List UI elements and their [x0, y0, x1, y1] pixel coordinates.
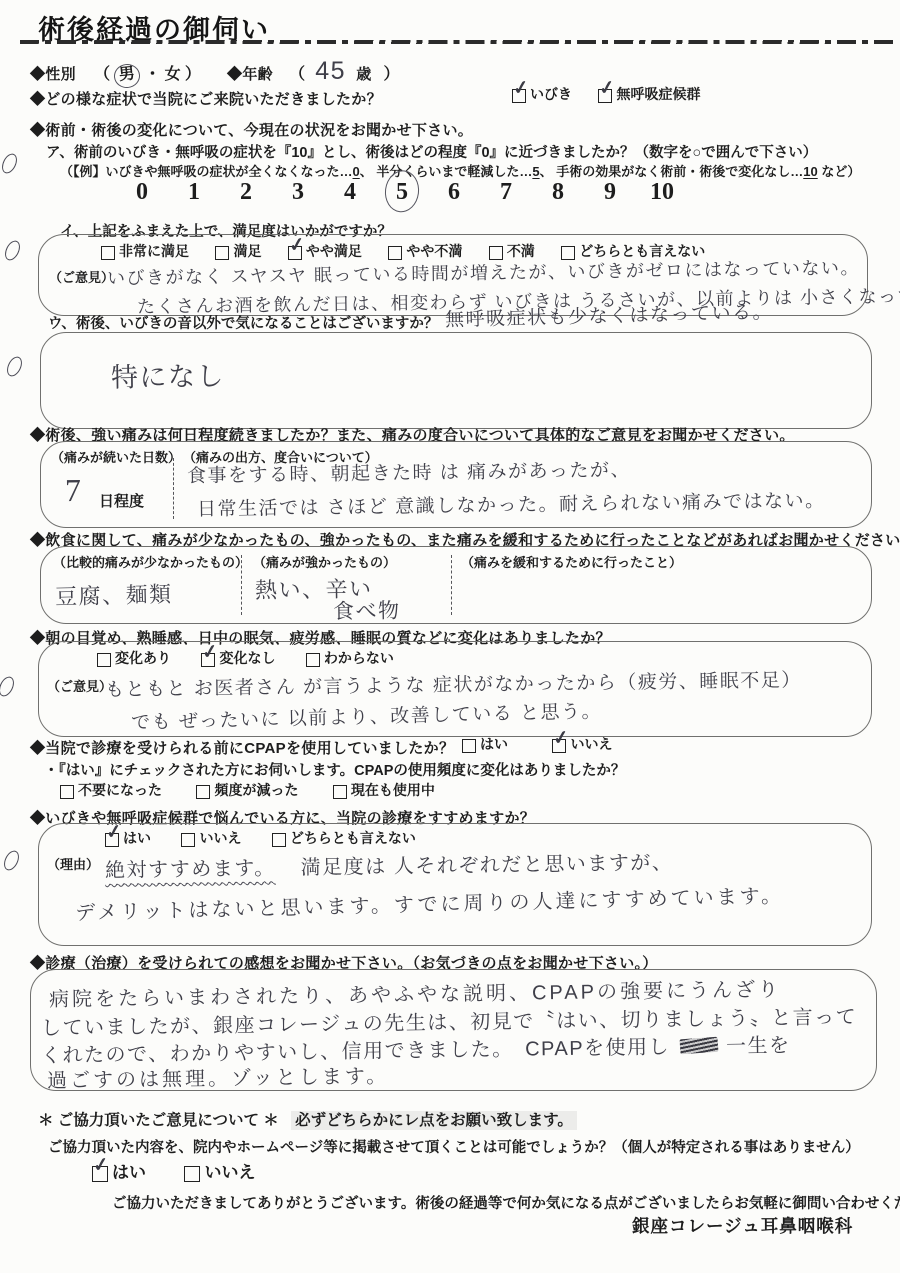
check-mark-icon: ✓	[552, 728, 570, 749]
example-text: （【例】いびきや無呼吸の症状が全くなくなった…	[60, 164, 353, 179]
checkbox-label: 満足	[233, 241, 261, 261]
scribbled-out-text	[680, 1037, 719, 1054]
handwritten-food-low-pain: 豆腐、麺類	[55, 578, 173, 612]
checkbox[interactable]: ✓	[101, 246, 115, 260]
example-num-0: 0	[353, 164, 360, 179]
age-paren-open: （	[289, 66, 305, 83]
checkbox-option: ✓頻度が減った	[196, 780, 298, 800]
checkbox-label: 変化なし	[219, 648, 275, 668]
days-unit: 日程度	[99, 490, 144, 511]
gender-female: 女	[165, 66, 181, 83]
checkbox-label: 頻度が減った	[214, 780, 298, 800]
margin-mark	[0, 151, 20, 176]
checkbox-option-neither: ✓どちらとも言えない	[272, 828, 416, 848]
checkbox-label: いいえ	[570, 734, 612, 754]
circled-answer-male: 男	[113, 63, 141, 90]
cpap-options: ✓はい ✓いいえ	[462, 734, 612, 758]
checkbox-label: 現在も使用中	[351, 780, 435, 800]
consent-question: ご協力頂いた内容を、院内やホームページ等に掲載させて頂くことは可能でしょうか？（…	[48, 1136, 860, 1157]
checkbox-option-no: ✓いいえ	[181, 828, 241, 848]
handwritten-reason-rest: 満足度は 人それぞれだと思いますが、	[301, 852, 674, 879]
checkbox[interactable]: ✓	[97, 653, 111, 667]
scale-number-5[interactable]: 5	[376, 179, 428, 206]
margin-mark	[0, 674, 17, 699]
age-paren-close: ）	[383, 66, 399, 83]
comment-label: （ご意見）	[49, 267, 114, 286]
checkbox-option: ✓やや不満	[388, 241, 462, 261]
example-text: 、 手術の効果がなく術前・術後で変化なし…	[540, 164, 804, 179]
checkbox-option: ✓非常に満足	[101, 241, 189, 261]
pain-days-label: （痛みが続いた日数）	[51, 447, 181, 466]
gender-label: ◆性別	[30, 66, 76, 83]
checkbox-label: 非常に満足	[119, 241, 189, 261]
margin-mark	[2, 238, 23, 263]
consent-options: ✓はい ✓いいえ	[92, 1158, 255, 1187]
checkbox-option: ✓やや満足	[288, 241, 362, 261]
scale-number-6[interactable]: 6	[428, 179, 480, 206]
check-mark-icon: ✓	[288, 235, 306, 256]
checkbox-option: ✓変化なし	[201, 648, 275, 668]
checkbox-label: やや満足	[306, 241, 362, 261]
clinic-name: 銀座コレージュ耳鼻咽喉科	[632, 1213, 853, 1238]
food-col1-label: （比較的痛みが少なかったもの）	[53, 552, 248, 571]
comment-label: （ご意見）	[47, 676, 112, 695]
change-example-line: （【例】いびきや無呼吸の症状が全くなくなった…0、 半分くらいまで軽減した…5、…	[60, 161, 860, 180]
symptom-question: ◆どの様な症状で当院にご来院いただきましたか？	[30, 88, 382, 109]
gender-separator: ・	[144, 66, 160, 83]
handwritten-text: 一生を	[726, 1035, 791, 1058]
other-concerns-box: 特になし	[40, 332, 872, 429]
scale-number-2[interactable]: 2	[220, 179, 272, 206]
sleep-options: ✓変化あり ✓変化なし ✓わからない	[97, 648, 394, 672]
checkbox[interactable]: ✓	[196, 785, 210, 799]
check-mark-icon: ✓	[598, 78, 616, 99]
handwritten-pain-line: 日常生活では さほど 意識しなかった。耐えられない痛みではない。	[197, 486, 826, 522]
checkbox-option: ✓現在も使用中	[333, 780, 435, 800]
checkbox-label: いびき	[530, 84, 572, 104]
cpap-question: ◆当院で診療を受けられる前にCPAPを使用していましたか？	[30, 737, 454, 758]
checkbox[interactable]: ✓	[105, 833, 119, 847]
change-sub-a: ア、術前のいびき・無呼吸の症状を『10』とし、術後はどの程度『0』に近づきました…	[46, 141, 817, 162]
symptom-scale: 012345678910	[116, 179, 688, 206]
checkbox[interactable]: ✓	[92, 1166, 108, 1182]
gender-male: 男	[118, 65, 136, 84]
checkbox[interactable]: ✓	[181, 833, 195, 847]
checkbox-option: ✓変化あり	[97, 648, 171, 668]
checkbox-label: わからない	[324, 648, 394, 668]
scale-number-4[interactable]: 4	[324, 179, 376, 206]
scale-number-7[interactable]: 7	[480, 179, 532, 206]
symptom-options: ✓ いびき ✓ 無呼吸症候群	[512, 84, 700, 108]
scale-number-9[interactable]: 9	[584, 179, 636, 206]
footer-note-strong: 必ずどちらかにレ点をお願い致します。	[291, 1111, 577, 1130]
scale-number-0[interactable]: 0	[116, 179, 168, 206]
handwritten-reason-line: デメリットはないと思います。すでに周りの人達にすすめています。	[75, 879, 784, 925]
example-text: など）	[818, 164, 861, 179]
checkbox[interactable]: ✓	[60, 785, 74, 799]
gender-paren-open: （	[94, 66, 110, 83]
checkbox-label: はい	[480, 734, 508, 754]
handwritten-food-high-pain-2: 食べ物	[333, 595, 401, 626]
checkbox[interactable]: ✓	[215, 246, 229, 260]
checkbox[interactable]: ✓	[306, 653, 320, 667]
scale-number-3[interactable]: 3	[272, 179, 324, 206]
checkbox-label: いいえ	[204, 1158, 255, 1183]
handwritten-pain-line: 食事をする時、朝起きた時 は 痛みがあったが、	[187, 455, 631, 488]
margin-mark	[1, 848, 22, 873]
food-answer-box: （比較的痛みが少なかったもの） （痛みが強かったもの） （痛みを緩和するために行…	[40, 546, 872, 624]
checkbox[interactable]: ✓	[184, 1166, 200, 1182]
change-section-header: ◆術前・術後の変化について、今現在の状況をお聞かせ下さい。	[30, 119, 473, 140]
handwritten-sleep-line: でも ぜったいに 以前より、改善している と思う。	[131, 696, 602, 734]
recommend-options: ✓はい ✓いいえ ✓どちらとも言えない	[105, 828, 416, 852]
profile-row: ◆性別 （ 男 ・ 女 ） ◆年齢 （ 45 歳 ）	[30, 57, 399, 88]
checkbox[interactable]: ✓	[462, 739, 476, 753]
checkbox-option-yes: ✓はい	[462, 734, 508, 754]
checkbox-option-no: ✓いいえ	[552, 734, 612, 754]
checkbox[interactable]: ✓	[388, 246, 402, 260]
checkbox-option-mukokyu: ✓ 無呼吸症候群	[598, 84, 700, 104]
checkbox[interactable]: ✓	[272, 833, 286, 847]
age-value-handwritten: 45	[315, 57, 346, 85]
checkbox[interactable]: ✓	[598, 89, 612, 103]
change-sub-u: ウ、術後、いびきの音以外で気になることはございますか？	[48, 312, 438, 333]
dashed-divider	[451, 555, 452, 615]
gender-paren-close: ）	[185, 66, 201, 83]
checkbox-option: ✓不要になった	[60, 780, 162, 800]
checkbox-label: 無呼吸症候群	[616, 84, 700, 104]
checkbox-label: 変化あり	[115, 648, 171, 668]
checkbox-option-no: ✓いいえ	[184, 1158, 255, 1183]
checkbox-option-yes: ✓はい	[92, 1158, 146, 1183]
dashed-divider	[173, 458, 174, 519]
footer-note: ＊ ご協力頂いたご意見について ＊ 必ずどちらかにレ点をお願い致します。	[38, 1108, 577, 1130]
checkbox-label: どちらとも言えない	[290, 828, 416, 848]
checkbox-label: いいえ	[199, 828, 241, 848]
checkbox-option: ✓わからない	[306, 648, 394, 668]
checkbox-option-yes: ✓はい	[105, 828, 151, 848]
age-label: ◆年齢	[227, 66, 273, 83]
example-num-10: 10	[803, 164, 817, 179]
recommend-reason-box: ✓はい ✓いいえ ✓どちらとも言えない （理由） 絶対すすめます。 満足度は 人…	[38, 823, 872, 946]
checkbox-label: はい	[112, 1158, 146, 1183]
food-col3-label: （痛みを緩和するために行ったこと）	[461, 552, 682, 571]
impressions-box: 病院をたらいまわされたり、あやふやな説明、CPAPの強要にうんざり していました…	[30, 969, 877, 1091]
cpap-followup-question: ・『はい』にチェックされた方にお伺いします。CPAPの使用頻度に変化はありました…	[44, 759, 625, 780]
age-unit: 歳	[356, 66, 371, 83]
food-col2-label: （痛みが強かったもの）	[253, 552, 396, 571]
handwritten-emphasis: 絶対すすめます。	[105, 858, 276, 882]
reason-label: （理由）	[47, 854, 99, 873]
checkbox[interactable]: ✓	[201, 653, 215, 667]
checkbox-option-ibiki: ✓ いびき	[512, 84, 572, 104]
sleep-comment-box: ✓変化あり ✓変化なし ✓わからない （ご意見） もともと お医者さん が言うよ…	[38, 641, 872, 737]
check-mark-icon: ✓	[201, 642, 219, 663]
checkbox-label: はい	[123, 828, 151, 848]
handwritten-impression-line: 過ごすのは無理。ゾッとします。	[47, 1060, 390, 1094]
checkbox[interactable]: ✓	[552, 739, 566, 753]
title-divider	[20, 40, 893, 44]
checkbox-option: ✓満足	[215, 241, 261, 261]
handwritten-answer: 特になし	[111, 354, 226, 395]
checkbox-label: 不要になった	[78, 780, 162, 800]
checkbox[interactable]: ✓	[512, 89, 526, 103]
scale-number-1[interactable]: 1	[168, 179, 220, 206]
footer-note-head: ＊ ご協力頂いたご意見について ＊	[38, 1112, 279, 1129]
checkbox-label: やや不満	[406, 241, 462, 261]
footer-thanks: ご協力いただきましてありがとうございます。術後の経過等で何か気になる点がございま…	[112, 1192, 900, 1213]
checkbox[interactable]: ✓	[333, 785, 347, 799]
margin-mark	[4, 354, 25, 379]
check-mark-icon: ✓	[512, 78, 530, 99]
scale-number-8[interactable]: 8	[532, 179, 584, 206]
example-text: 、 半分くらいまで軽減した…	[360, 164, 533, 179]
checkbox[interactable]: ✓	[288, 246, 302, 260]
pain-answer-box: （痛みが続いた日数） （痛みの出方、度合いについて） 7 日程度 食事をする時、…	[40, 441, 872, 528]
check-mark-icon: ✓	[92, 1155, 110, 1176]
scanned-questionnaire-page: 術後経過の御伺い ◆性別 （ 男 ・ 女 ） ◆年齢 （ 45 歳 ） ◆どの様…	[0, 0, 900, 1273]
scale-number-10[interactable]: 10	[636, 179, 688, 206]
handwritten-days-value: 7	[65, 472, 82, 509]
example-num-5: 5	[532, 164, 539, 179]
check-mark-icon: ✓	[105, 822, 123, 843]
cpap-followup-options: ✓不要になった ✓頻度が減った ✓現在も使用中	[60, 780, 435, 804]
